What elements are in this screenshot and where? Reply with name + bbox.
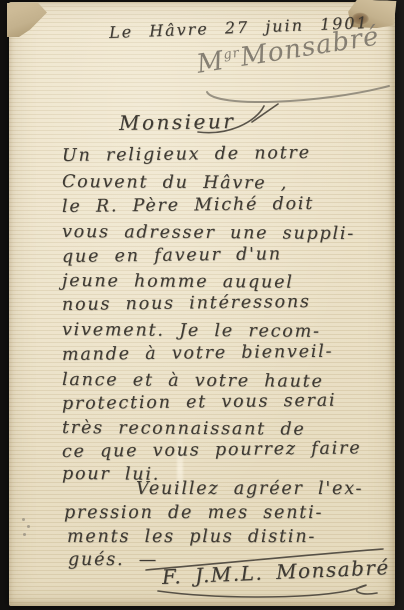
letter-line: que en faveur d'un [62, 244, 282, 267]
letter-line: protection et vous serai [62, 391, 337, 414]
letter-line: Couvent du Hâvre , [62, 172, 288, 194]
closing-line: pression de mes senti- [64, 503, 323, 523]
closing-line: ments les plus distin- [67, 527, 316, 547]
letter-line: mande à votre bienveil- [62, 342, 334, 365]
letter-paper: Le Hâvre 27 juin 1901 MgrMonsabré Monsie… [9, 2, 395, 606]
letter-line: vous adresser une suppli- [62, 222, 355, 244]
letter-line: le R. Père Miché doit [62, 194, 314, 217]
letter-line: ce que vous pourrez faire [62, 438, 362, 462]
letter-line: jeune homme auquel [62, 271, 294, 293]
signature-paraph [155, 582, 395, 609]
paper-speck [22, 518, 25, 521]
paper-speck [23, 533, 26, 536]
letter-line: très reconnaissant de [62, 418, 306, 440]
letter-line: nous nous intéressons [62, 292, 311, 315]
paper-speck [27, 525, 30, 528]
tape-residue-top-left [7, 3, 47, 37]
salutation-flourish [194, 100, 284, 136]
letter-line: lance et à votre haute [62, 370, 324, 392]
letter-photograph: Le Hâvre 27 juin 1901 MgrMonsabré Monsie… [0, 0, 404, 610]
letter-line: vivement. Je le recom- [62, 320, 321, 342]
letter-line: Un religieux de notre [62, 143, 311, 166]
closing-line: Veuillez agréer l'ex- [136, 479, 363, 499]
